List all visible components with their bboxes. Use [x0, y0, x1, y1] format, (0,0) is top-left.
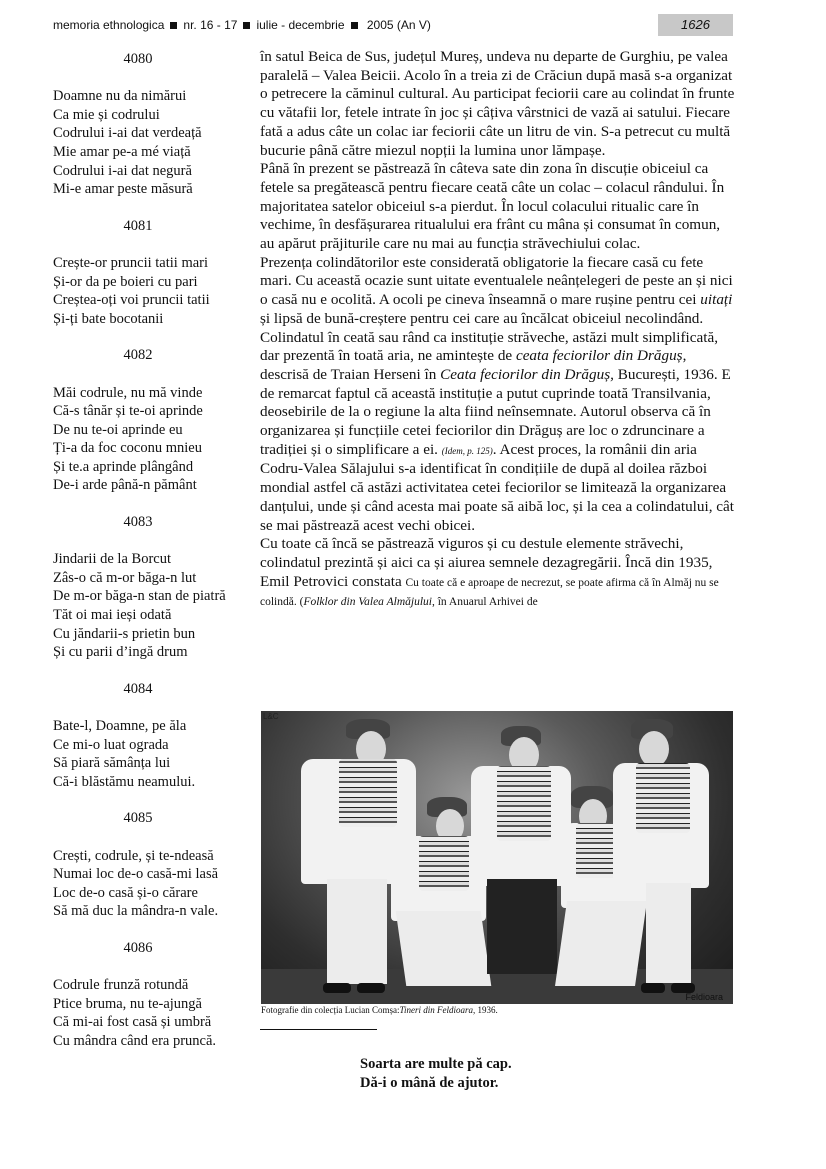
poem-line: Cu jăndarii-s prietin bun	[53, 625, 243, 644]
poem-line: Ce mi-o luat ograda	[53, 736, 243, 755]
poem-line: Mi-e amar peste măsură	[53, 180, 243, 199]
paragraph-colindatori: Prezența colindătorilor este considerată…	[260, 254, 735, 329]
poem-line: Că-s tânăr și te-oi aprinde	[53, 402, 243, 421]
poem-line: Codrului i-ai dat verdeață	[53, 124, 243, 143]
poem-number: 4080	[53, 50, 223, 69]
page-number-badge: 1626	[658, 14, 733, 36]
poem-line: De m-or băga-n stan de piatră	[53, 587, 243, 606]
poem-line: Și te.a aprinde plângând	[53, 458, 243, 477]
poem-line: Ptice bruma, nu te-ajungă	[53, 995, 243, 1014]
poem-line: Jindarii de la Borcut	[53, 550, 243, 569]
poem-line: Creștea-oți voi pruncii tatii	[53, 291, 243, 310]
paragraph-beica: în satul Beica de Sus, județul Mureș, un…	[260, 48, 735, 160]
poem-number: 4083	[53, 513, 223, 532]
poem-line: Codrule frunză rotundă	[53, 976, 243, 995]
poem-line: Loc de-o casă și-o cărare	[53, 884, 243, 903]
poem: 4080Doamne nu da nimăruiCa mie și codrul…	[53, 50, 243, 199]
poem-line: Măi codrule, nu mă vinde	[53, 384, 243, 403]
poem-number: 4086	[53, 939, 223, 958]
poem-line: Cu mândra când era pruncă.	[53, 1032, 243, 1051]
photo-watermark-lc: L&C	[263, 712, 279, 721]
closing-message: Soarta are multe pă cap. Dă-i o mână de …	[360, 1055, 512, 1092]
poem: 4081Crește-or pruncii tatii mariȘi-or da…	[53, 217, 243, 329]
photo-caption: Fotografie din colecția Lucian Comșa:Tin…	[261, 1005, 498, 1015]
poem-line: Bate-l, Doamne, pe ăla	[53, 717, 243, 736]
poem-number: 4082	[53, 346, 223, 365]
group-photograph: L&C Feldioara	[261, 711, 733, 1004]
poem-line: Că mi-ai fost casă și umbră	[53, 1013, 243, 1032]
poem-line: Ca mie și codrului	[53, 106, 243, 125]
paragraph-ceata: Colindatul în ceată sau rând ca instituț…	[260, 329, 735, 536]
poems-column: 4080Doamne nu da nimăruiCa mie și codrul…	[53, 50, 243, 1069]
poem-line: Tăt oi mai ieși odată	[53, 606, 243, 625]
poem-line: De-i arde până-n pământ	[53, 476, 243, 495]
photo-watermark-place: Feldioara	[685, 992, 723, 1002]
square-bullet-icon	[243, 22, 250, 29]
poem-line: Crești, codrule, și te-ndeasă	[53, 847, 243, 866]
poem-line: Ți-a da foc coconu mnieu	[53, 439, 243, 458]
poem: 4086Codrule frunză rotundăPtice bruma, n…	[53, 939, 243, 1051]
footnote-divider	[260, 1029, 377, 1030]
poem-line: Mie amar pe-a mé viață	[53, 143, 243, 162]
citation-ref: (Idem, p. 125)	[442, 446, 493, 456]
poem-line: Crește-or pruncii tatii mari	[53, 254, 243, 273]
poem-number: 4081	[53, 217, 223, 236]
article-column: în satul Beica de Sus, județul Mureș, un…	[260, 48, 735, 612]
poem-line: De nu te-oi aprinde eu	[53, 421, 243, 440]
poem-line: Și-ți bate bocotanii	[53, 310, 243, 329]
running-header: memoria ethnologicanr. 16 - 17iulie - de…	[53, 18, 431, 32]
square-bullet-icon	[351, 22, 358, 29]
poem-number: 4085	[53, 809, 223, 828]
poem-number: 4084	[53, 680, 223, 699]
poem-line: Și-or da pe boieri cu pari	[53, 273, 243, 292]
closing-line-1: Soarta are multe pă cap.	[360, 1055, 512, 1074]
issue-year: 2005 (An V)	[367, 18, 431, 32]
poem-line: Că-i blăstămu neamului.	[53, 773, 243, 792]
closing-line-2: Dă-i o mână de ajutor.	[360, 1074, 512, 1093]
poem: 4082Măi codrule, nu mă vindeCă-s tânăr ș…	[53, 346, 243, 495]
poem-line: Să piară sămânța lui	[53, 754, 243, 773]
issue-number: nr. 16 - 17	[183, 18, 237, 32]
poem-line: Și cu parii d’ingă drum	[53, 643, 243, 662]
square-bullet-icon	[170, 22, 177, 29]
poem-line: Zâs-o că m-or băga-n lut	[53, 569, 243, 588]
poem: 4085Crești, codrule, și te-ndeasăNumai l…	[53, 809, 243, 921]
poem-line: Să mă duc la mândra-n vale.	[53, 902, 243, 921]
journal-title: memoria ethnologica	[53, 18, 164, 32]
poem: 4084Bate-l, Doamne, pe ălaCe mi-o luat o…	[53, 680, 243, 792]
paragraph-dezagregare: Cu toate că încă se păstrează viguros și…	[260, 535, 735, 612]
poem-line: Numai loc de-o casă-mi lasă	[53, 865, 243, 884]
poem-line: Codrului i-ai dat negură	[53, 162, 243, 181]
poem-line: Doamne nu da nimărui	[53, 87, 243, 106]
issue-period: iulie - decembrie	[256, 18, 344, 32]
page-header: memoria ethnologicanr. 16 - 17iulie - de…	[53, 14, 733, 36]
table	[487, 879, 557, 974]
paragraph-colacul: Până în prezent se păstrează în câteva s…	[260, 160, 735, 254]
poem: 4083Jindarii de la BorcutZâs-o că m-or b…	[53, 513, 243, 662]
